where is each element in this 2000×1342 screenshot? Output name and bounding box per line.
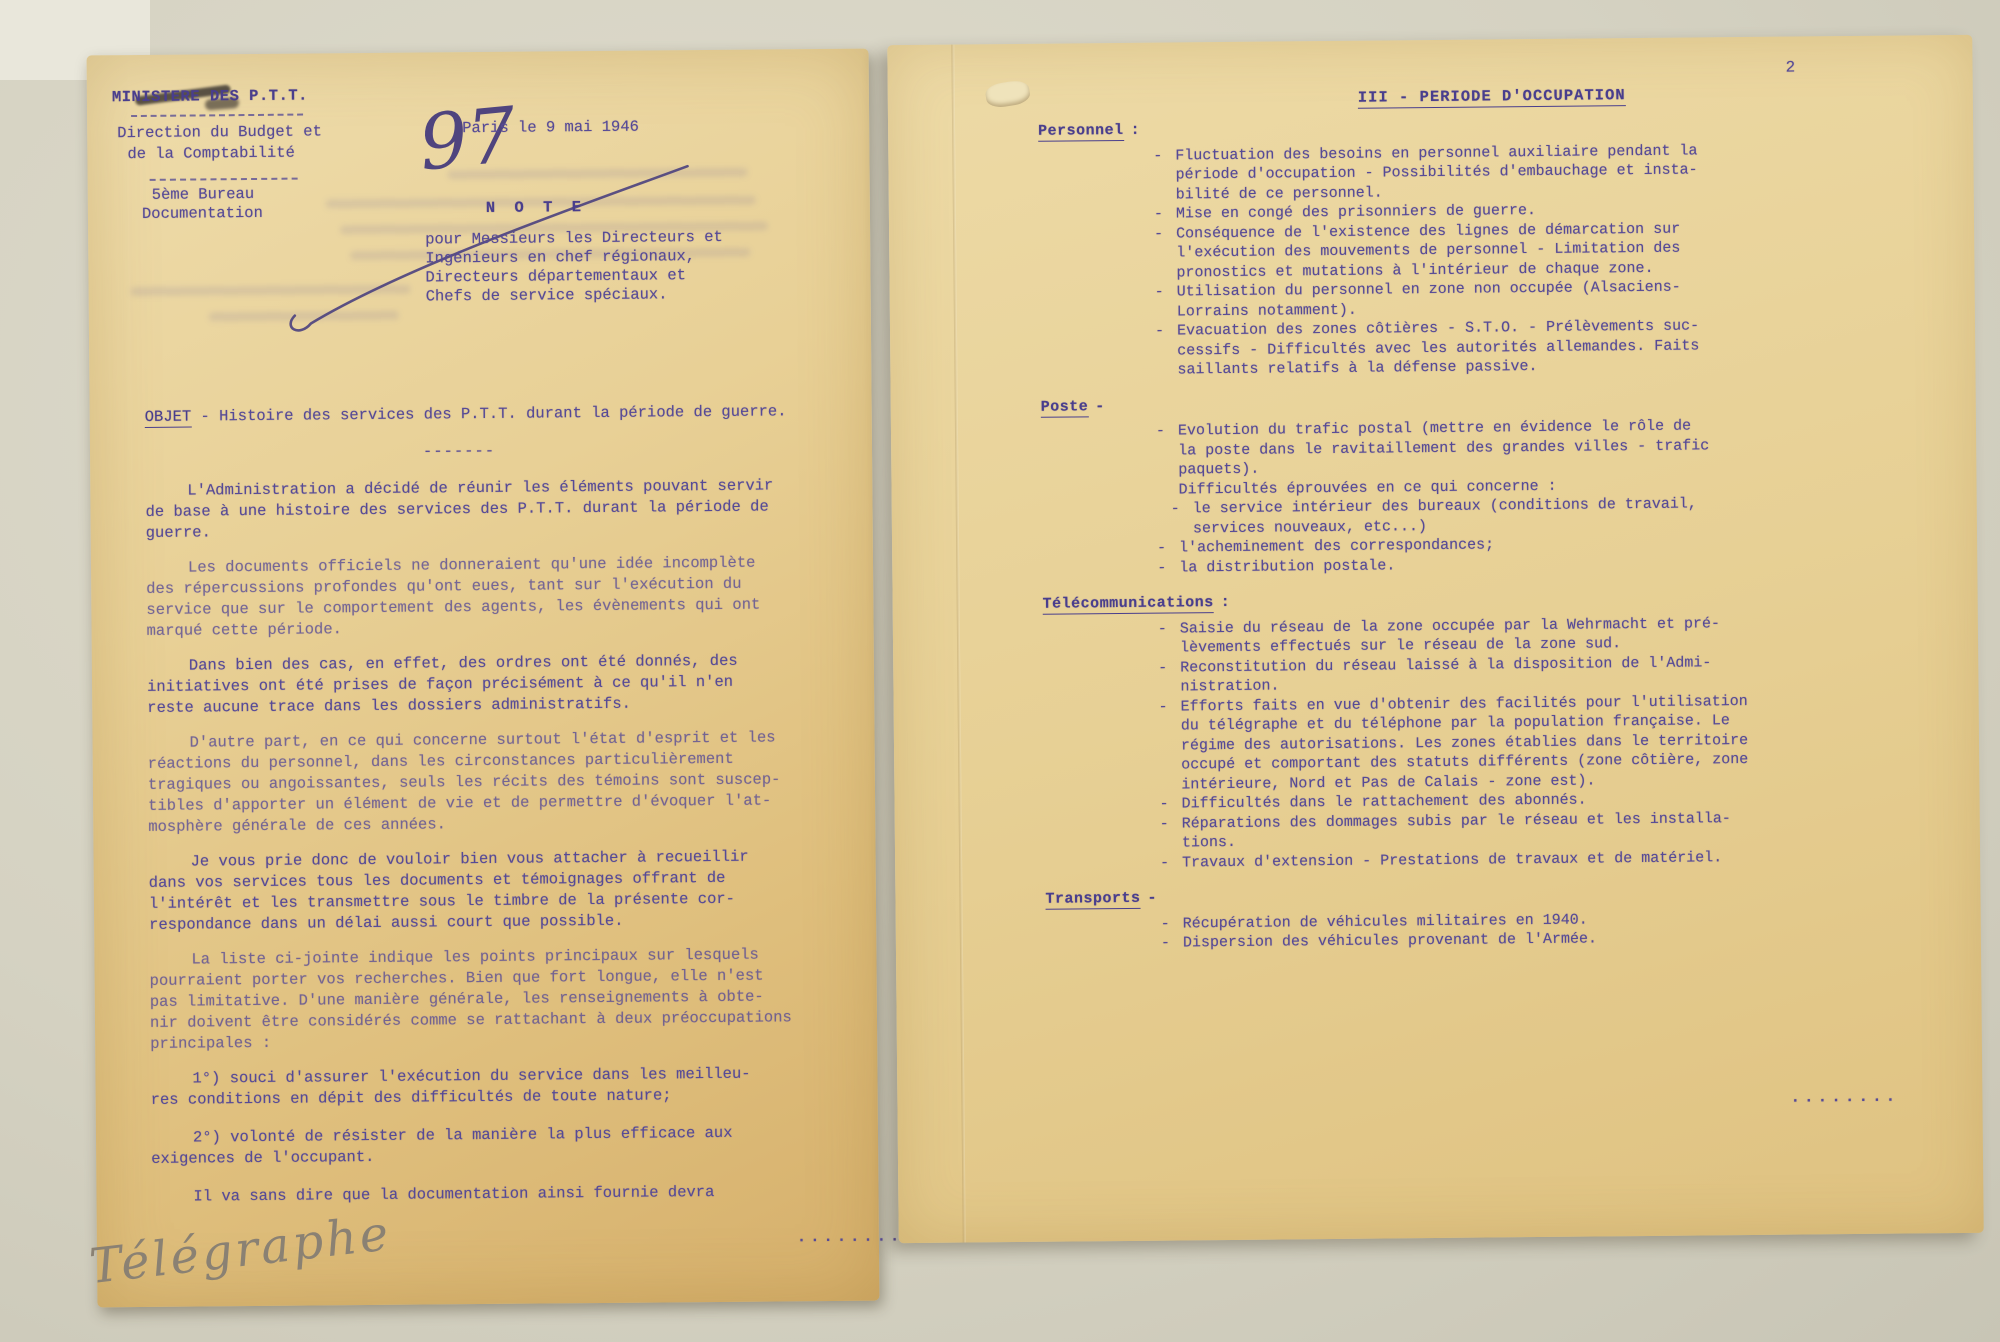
page-header-text: III - PERIODE D'OCCUPATION xyxy=(1358,86,1626,109)
list-item: -Evacuation des zones côtières - S.T.O. … xyxy=(1155,315,1811,380)
separator-dashes: ------- xyxy=(423,439,801,460)
document-page-2: 2 III - PERIODE D'OCCUPATION Personnel: … xyxy=(887,35,1983,1243)
paper-crease xyxy=(951,45,965,1243)
section-items: -Fluctuation des besoins en personnel au… xyxy=(1038,140,1810,381)
letter-body: OBJET - Histoire des services des P.T.T.… xyxy=(145,401,808,1222)
section-items: -Récupération de véhicules militaires en… xyxy=(1046,908,1816,954)
section-items: -Evolution du trafic postal (mettre en é… xyxy=(1041,415,1812,578)
letterhead-rule xyxy=(150,178,298,181)
section-transports: Transports- -Récupération de véhicules m… xyxy=(1045,882,1816,954)
page-header: III - PERIODE D'OCCUPATION xyxy=(1358,86,1626,107)
closing-line: Il va sans dire que la documentation ain… xyxy=(151,1181,807,1208)
bleed-through-text xyxy=(131,285,411,296)
paragraph: Les documents officiels ne donneraient q… xyxy=(146,552,803,642)
outline-body: Personnel: -Fluctuation des besoins en p… xyxy=(1038,114,1816,970)
numbered-item: 2°) volonté de résister de la manière la… xyxy=(151,1122,807,1170)
paragraph: La liste ci-jointe indique les points pr… xyxy=(149,944,806,1055)
objet-label: OBJET xyxy=(145,408,192,428)
objet-line: OBJET - Histoire des services des P.T.T.… xyxy=(145,401,801,428)
continuation-dots: ........ xyxy=(797,1226,904,1248)
list-item: -Fluctuation des besoins en personnel au… xyxy=(1153,140,1809,205)
bleed-through-text xyxy=(209,311,399,322)
dateline: Paris le 9 mai 1946 xyxy=(462,117,639,140)
section-personnel: Personnel: -Fluctuation des besoins en p… xyxy=(1038,114,1810,381)
section-title: Transports- xyxy=(1045,882,1815,909)
continuation-dots: ........ xyxy=(1790,1088,1899,1107)
section-items: -Saisie du réseau de la zone occupée par… xyxy=(1043,613,1815,874)
list-item: -le service intérieur des bureaux (condi… xyxy=(1171,493,1812,538)
paper-tear xyxy=(984,79,1031,109)
paragraph: L'Administration a décidé de réunir les … xyxy=(145,475,802,544)
list-item: -Evolution du trafic postal (mettre en é… xyxy=(1156,415,1812,480)
list-item: -Utilisation du personnel en zone non oc… xyxy=(1155,276,1810,321)
letterhead-bureau-service: Documentation xyxy=(142,203,263,225)
document-title: N O T E xyxy=(486,197,586,219)
paragraph: Je vous prie donc de vouloir bien vous a… xyxy=(149,846,806,936)
page-number: 2 xyxy=(1785,59,1795,77)
list-item: -Conséquence de l'existence des lignes d… xyxy=(1154,218,1810,283)
photo-background: 2 III - PERIODE D'OCCUPATION Personnel: … xyxy=(0,0,2000,1342)
list-item: -Reconstitution du réseau laissé à la di… xyxy=(1158,652,1813,697)
numbered-item: 1°) souci d'assurer l'exécution du servi… xyxy=(150,1063,806,1111)
paragraph: Dans bien des cas, en effet, des ordres … xyxy=(147,650,804,719)
list-item: -Saisie du réseau de la zone occupée par… xyxy=(1158,613,1813,658)
section-telecommunications: Télécommunications: -Saisie du réseau de… xyxy=(1043,587,1816,873)
letterhead-ministry: MINISTERE DES P.T.T. xyxy=(112,86,308,109)
document-page-1: MINISTERE DES P.T.T. Direction du Budget… xyxy=(87,49,880,1308)
paragraph: D'autre part, en ce qui concerne surtout… xyxy=(147,727,804,838)
list-item: -Réparations des dommages subis par le r… xyxy=(1160,808,1815,853)
addressees: pour Messieurs les Directeurs et Ingénie… xyxy=(425,228,723,307)
section-title: Poste- xyxy=(1041,390,1811,417)
list-item: -Efforts faits en vue d'obtenir des faci… xyxy=(1159,691,1815,795)
letterhead-rule xyxy=(131,114,303,118)
section-title: Personnel: xyxy=(1038,114,1808,141)
letterhead-direction: Direction du Budget etde la Comptabilité xyxy=(117,121,322,165)
section-title: Télécommunications: xyxy=(1043,587,1813,614)
section-poste: Poste- -Evolution du trafic postal (mett… xyxy=(1041,390,1813,579)
